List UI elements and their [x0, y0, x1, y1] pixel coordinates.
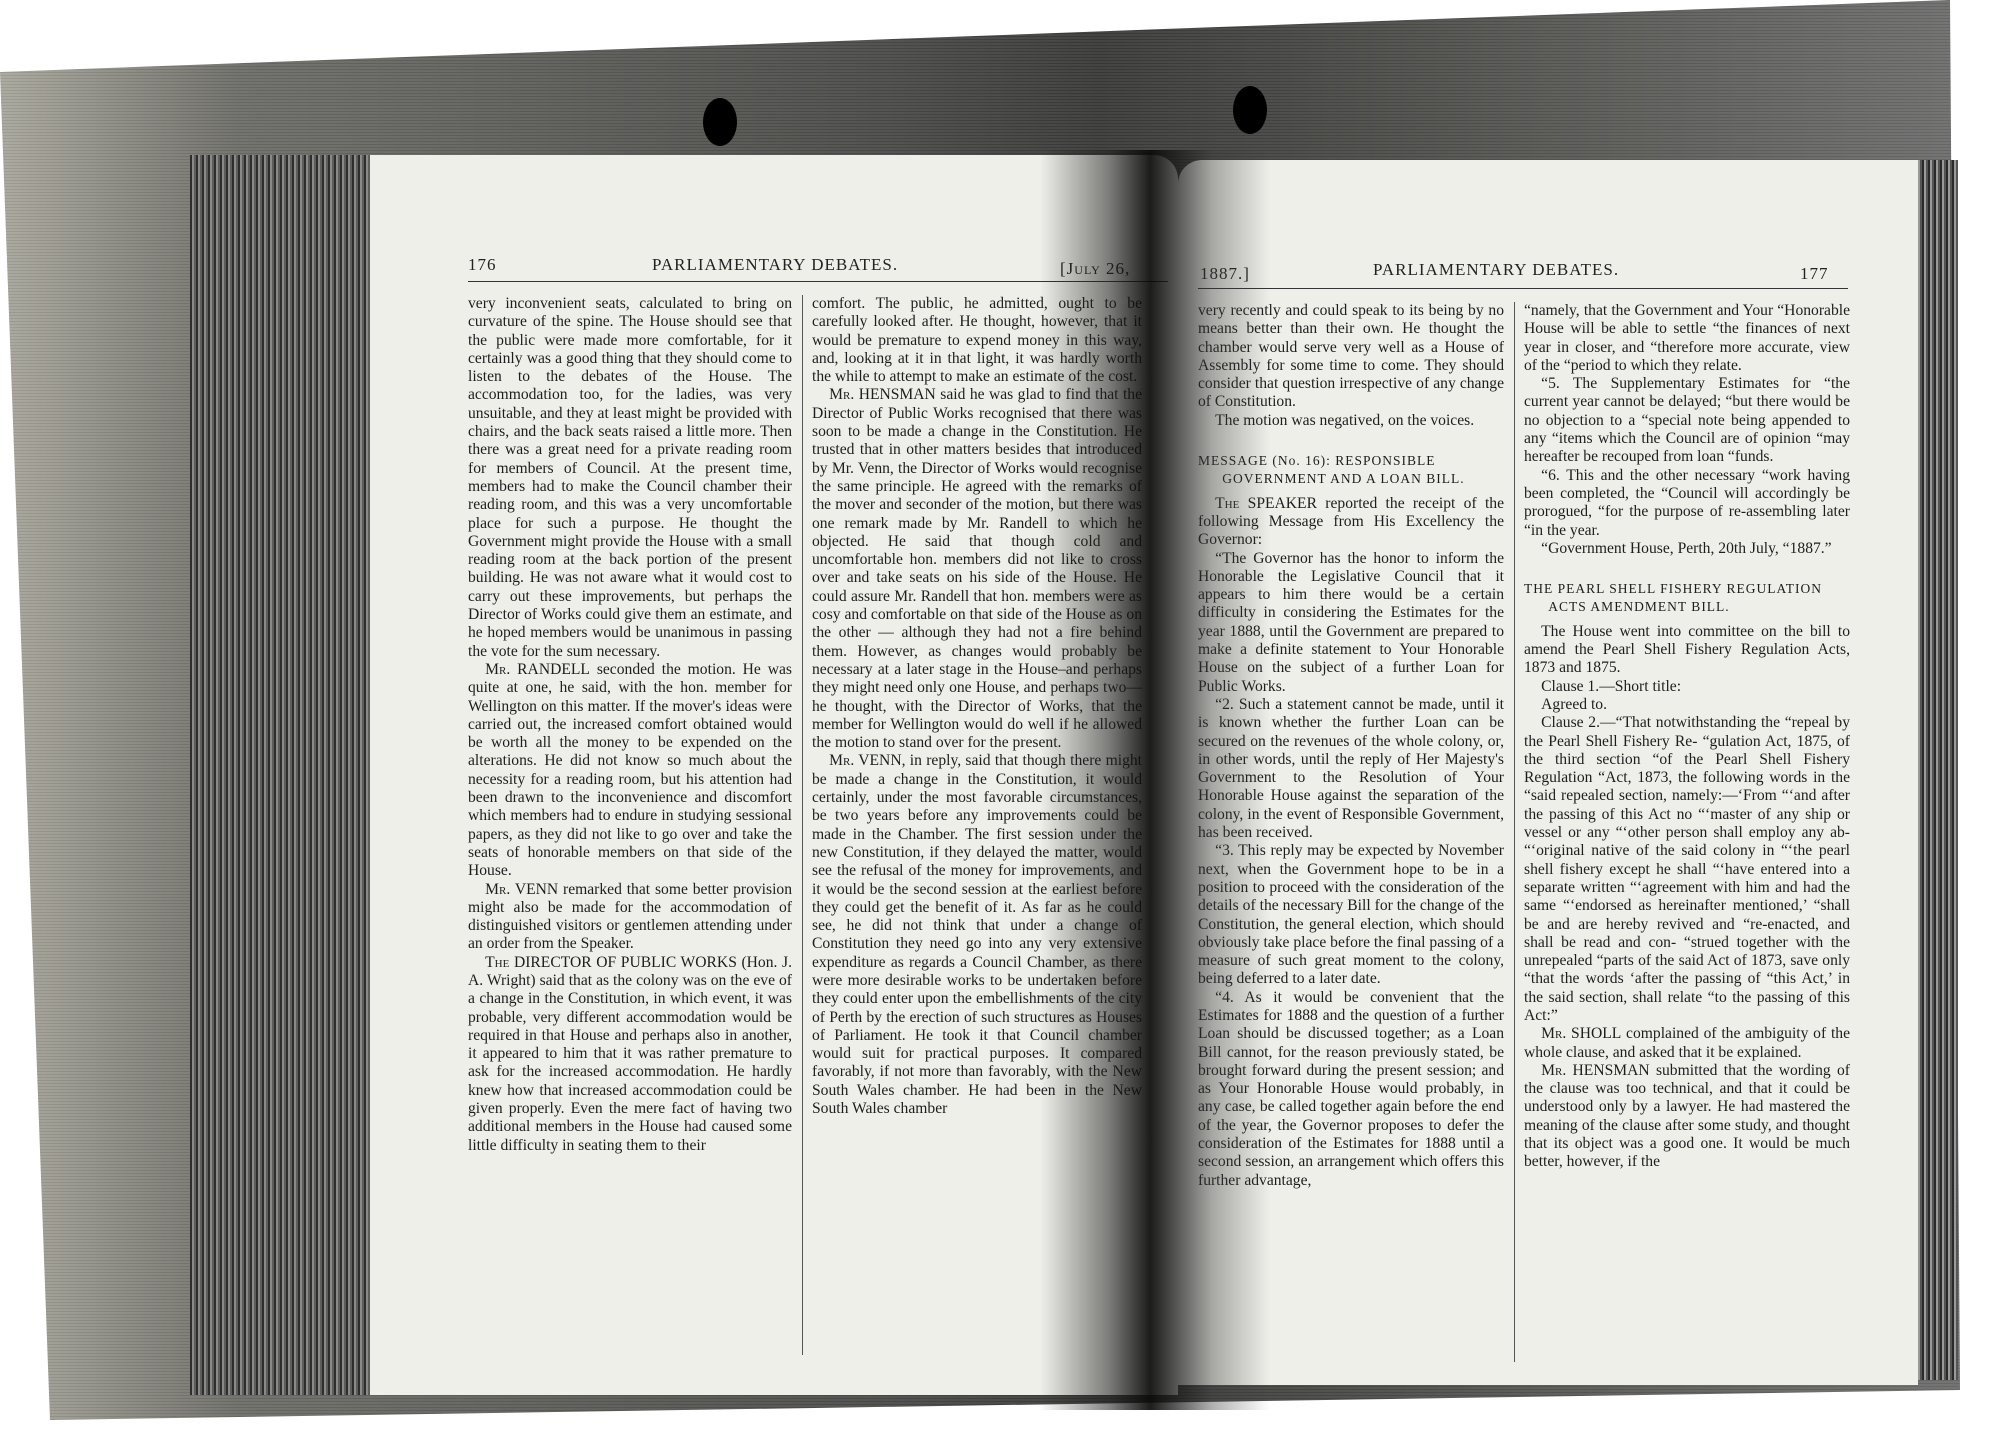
- text-paragraph: “The Governor has the honor to inform th…: [1198, 550, 1504, 696]
- text-paragraph: comfort. The public, he admitted, ought …: [812, 295, 1142, 386]
- header-rule-right: [1198, 288, 1848, 289]
- speech-text: in reply, said that though there might b…: [812, 752, 1142, 1117]
- running-head-left: PARLIAMENTARY DEBATES.: [652, 255, 898, 275]
- page-edge-stack-right: [1916, 160, 1958, 1380]
- text-paragraph: “6. This and the other necessary “work h…: [1524, 467, 1850, 540]
- text-paragraph: The motion was negatived, on the voices.: [1198, 412, 1504, 430]
- speech-paragraph: Mr. VENN, in reply, said that though the…: [812, 752, 1142, 1118]
- text-paragraph: The House went into committee on the bil…: [1524, 623, 1850, 678]
- left-page-column-2: comfort. The public, he admitted, ought …: [812, 295, 1142, 1118]
- speech-paragraph: Mr. SHOLL complained of the ambiguity of…: [1524, 1025, 1850, 1062]
- speaker-name: Mr. RANDELL: [485, 661, 590, 678]
- speaker-name: Mr. VENN: [485, 881, 558, 898]
- speech-paragraph: The SPEAKER reported the receipt of the …: [1198, 495, 1504, 550]
- left-page: 176 PARLIAMENTARY DEBATES. [July 26, ver…: [370, 155, 1178, 1395]
- text-paragraph: very recently and could speak to its bei…: [1198, 302, 1504, 412]
- page-number-right: 177: [1800, 264, 1829, 284]
- speaker-name: Mr. SHOLL: [1541, 1025, 1621, 1042]
- right-page: 1887.] PARLIAMENTARY DEBATES. 177 very r…: [1178, 160, 1918, 1385]
- text-paragraph: Clause 1.—Short title:: [1524, 678, 1850, 696]
- section-heading: THE PEARL SHELL FISHERY REGULATION ACTS …: [1524, 580, 1850, 617]
- date-tag-left: [July 26,: [1060, 259, 1130, 279]
- text-paragraph: “5. The Supplementary Estimates for “the…: [1524, 375, 1850, 466]
- date-tag-right: 1887.]: [1200, 264, 1250, 284]
- header-rule-left: [468, 281, 1168, 282]
- speech-paragraph: Mr. HENSMAN submitted that the wording o…: [1524, 1062, 1850, 1172]
- right-page-column-1: very recently and could speak to its bei…: [1198, 302, 1504, 1190]
- column-divider-right: [1514, 302, 1515, 1362]
- text-paragraph: “Government House, Perth, 20th July, “18…: [1524, 540, 1850, 558]
- speech-text: said he was glad to find that the Direct…: [812, 386, 1142, 751]
- speech-paragraph: Mr. HENSMAN said he was glad to find tha…: [812, 386, 1142, 752]
- speaker-name: Mr. HENSMAN: [1541, 1062, 1650, 1079]
- right-page-column-2: “namely, that the Government and Your “H…: [1524, 302, 1850, 1172]
- speech-paragraph: Mr. VENN remarked that some better provi…: [468, 881, 792, 954]
- speech-paragraph: The DIRECTOR OF PUBLIC WORKS (Hon. J. A.…: [468, 954, 792, 1155]
- text-paragraph: Agreed to.: [1524, 696, 1850, 714]
- text-paragraph: “namely, that the Government and Your “H…: [1524, 302, 1850, 375]
- column-divider-left: [802, 295, 803, 1355]
- running-head-right: PARLIAMENTARY DEBATES.: [1373, 260, 1619, 280]
- punch-hole-left: [703, 98, 737, 146]
- speaker-name: Mr. VENN,: [829, 752, 905, 769]
- speech-text: (Hon. J. A. Wright) said that as the col…: [468, 954, 792, 1154]
- text-paragraph: Clause 2.—“That notwithstanding the “rep…: [1524, 714, 1850, 1025]
- text-paragraph: “2. Such a statement cannot be made, unt…: [1198, 696, 1504, 842]
- punch-hole-right: [1233, 86, 1267, 134]
- speech-text: seconded the motion. He was quite at one…: [468, 661, 792, 879]
- speech-paragraph: Mr. RANDELL seconded the motion. He was …: [468, 661, 792, 881]
- text-paragraph: “4. As it would be convenient that the E…: [1198, 989, 1504, 1190]
- left-page-column-1: very inconvenient seats, calculated to b…: [468, 295, 792, 1155]
- section-heading: MESSAGE (No. 16): RESPONSIBLE GOVERNMENT…: [1198, 452, 1504, 489]
- page-number-left: 176: [468, 255, 497, 275]
- page-edge-stack-left: [190, 155, 370, 1395]
- speaker-name: The DIRECTOR OF PUBLIC WORKS: [485, 954, 737, 971]
- speaker-name: Mr. HENSMAN: [829, 386, 936, 403]
- text-paragraph: “3. This reply may be expected by Novemb…: [1198, 842, 1504, 988]
- text-paragraph: very inconvenient seats, calculated to b…: [468, 295, 792, 661]
- speaker-name: The SPEAKER: [1215, 495, 1317, 512]
